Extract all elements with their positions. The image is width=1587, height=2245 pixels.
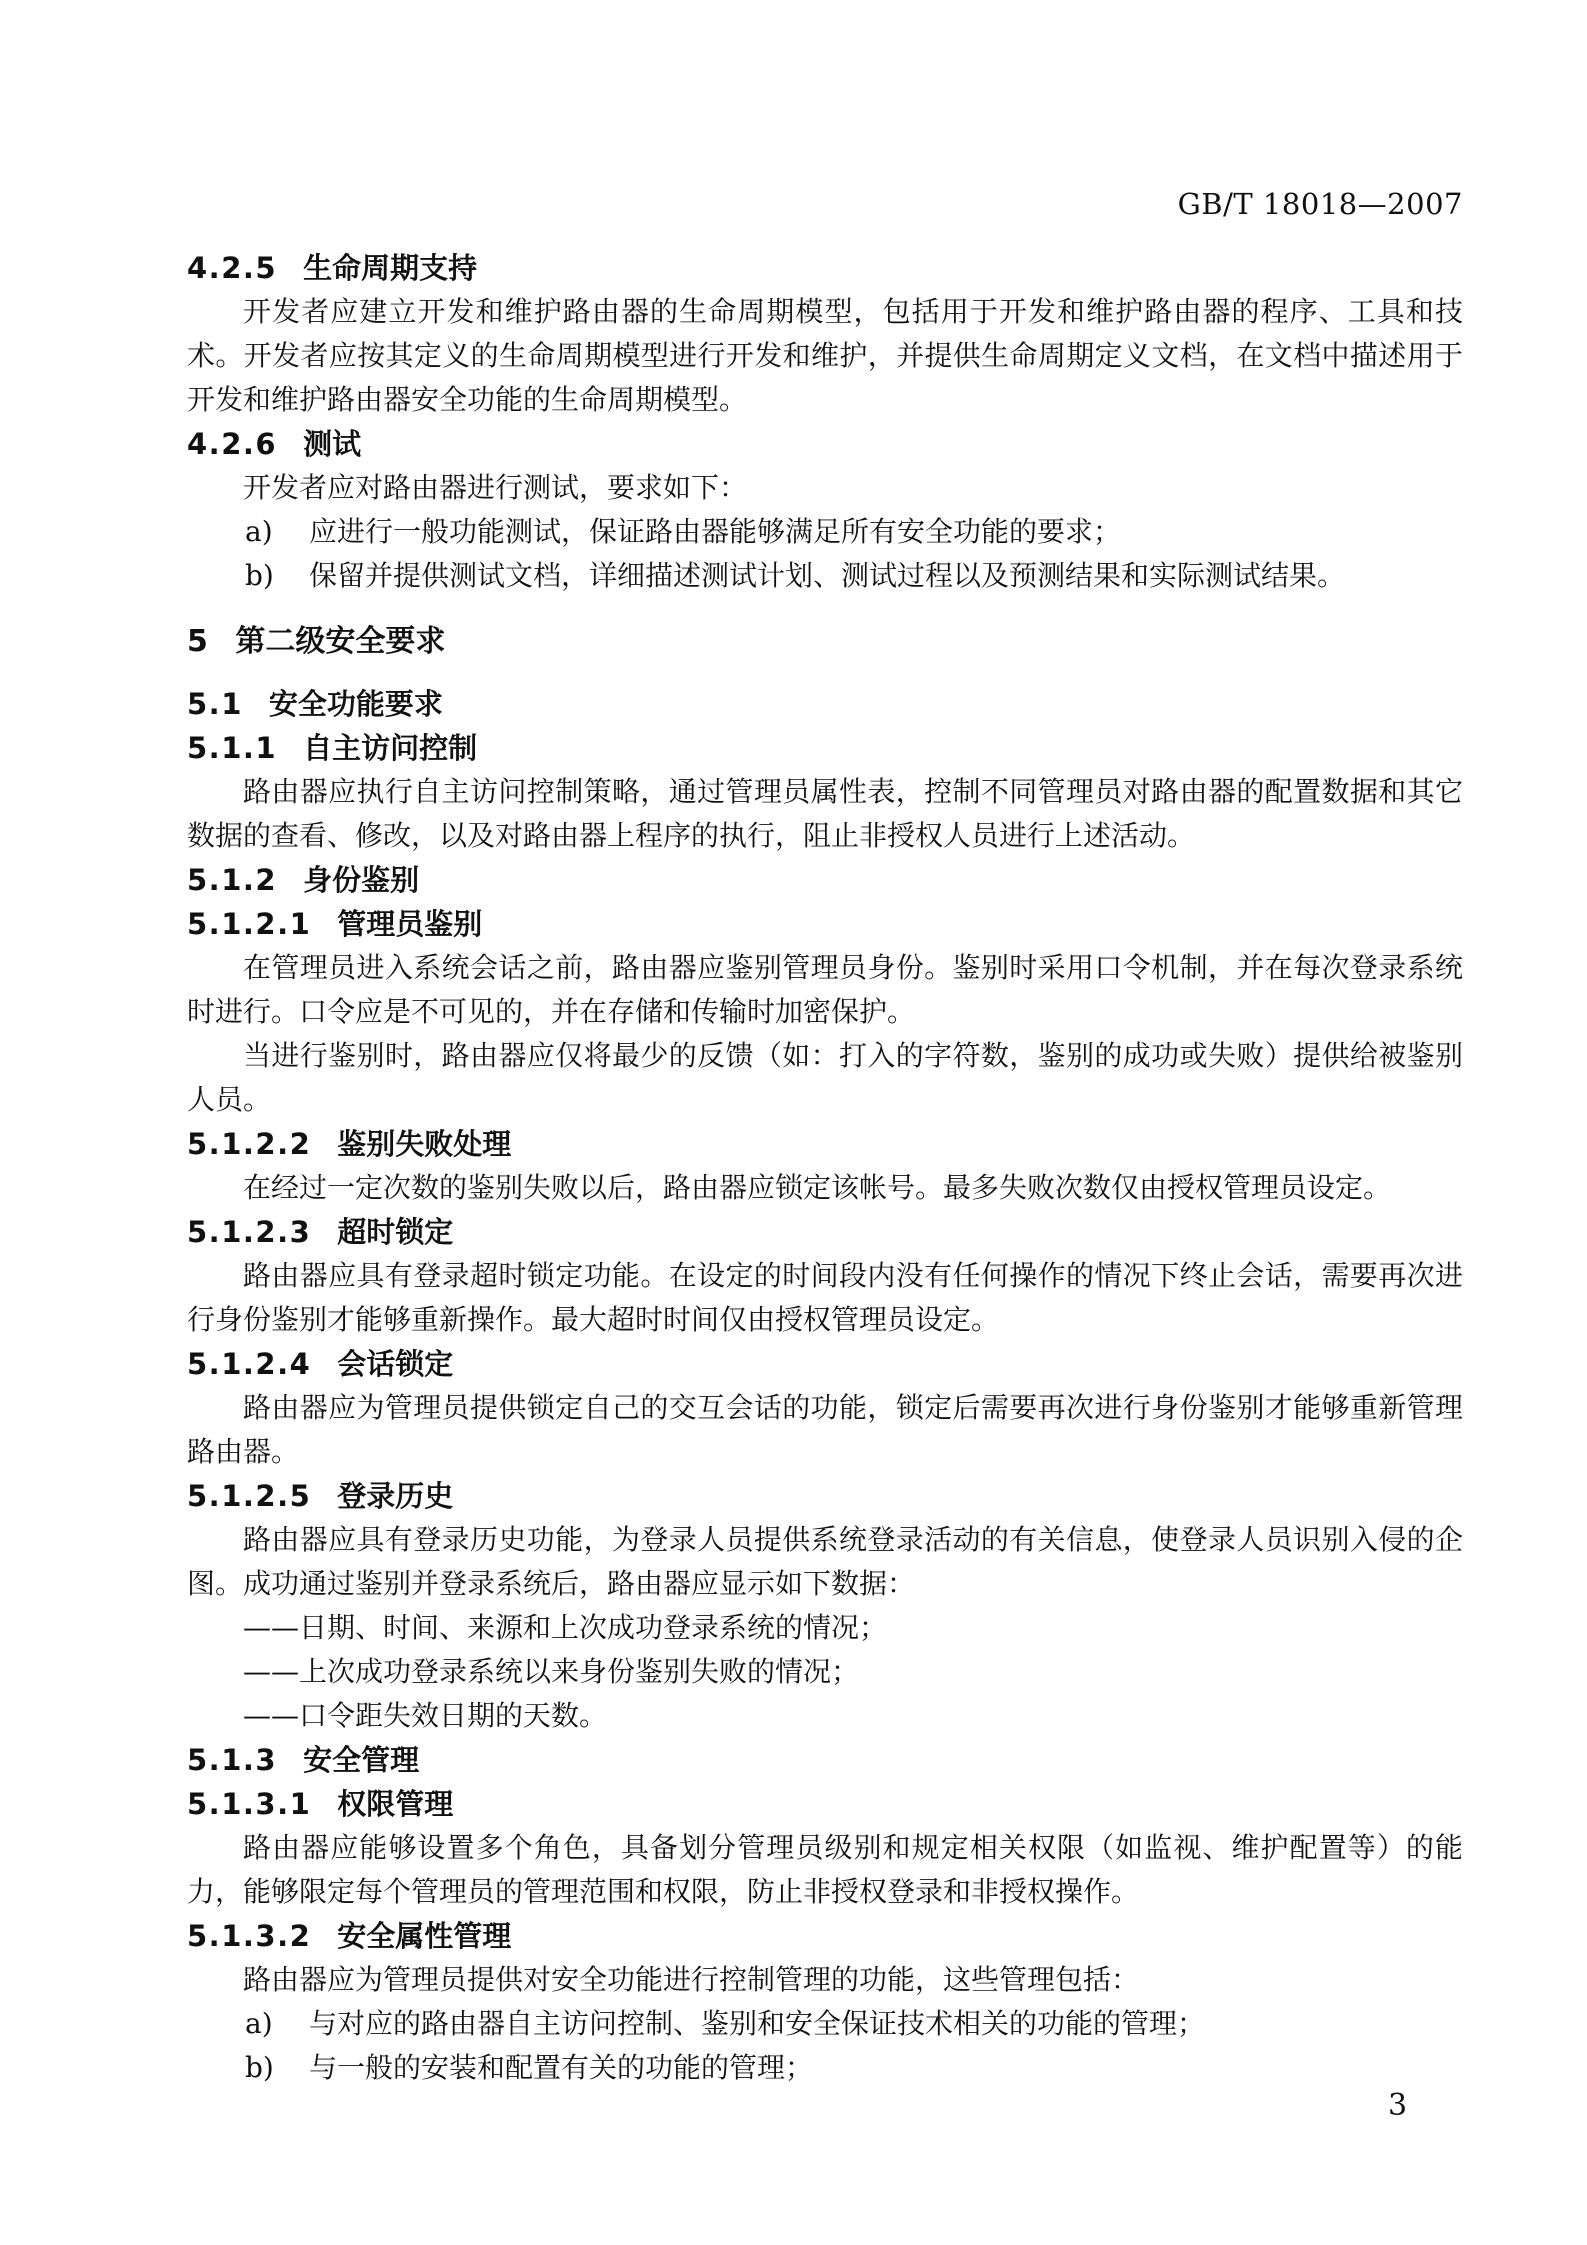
- clause-heading: 4.2.5生命周期支持: [187, 246, 1463, 290]
- clause-number: 5.1.2.4: [187, 1342, 311, 1386]
- clause-heading: 5.1.2.5登录历史: [187, 1474, 1463, 1518]
- clause-title: 自主访问控制: [303, 731, 477, 765]
- paragraph: 开发者应对路由器进行测试，要求如下：: [187, 466, 1463, 510]
- clause-number: 5.1.3: [187, 1738, 277, 1782]
- paragraph: 当进行鉴别时，路由器应仅将最少的反馈（如：打入的字符数，鉴别的成功或失败）提供给…: [187, 1034, 1463, 1122]
- clause-title: 登录历史: [337, 1479, 453, 1513]
- clause-number: 5: [187, 620, 209, 664]
- paragraph: 路由器应为管理员提供锁定自己的交互会话的功能，锁定后需要再次进行身份鉴别才能够重…: [187, 1386, 1463, 1474]
- list-item-label: a): [245, 510, 273, 554]
- paragraph: 路由器应为管理员提供对安全功能进行控制管理的功能，这些管理包括：: [187, 1958, 1463, 2002]
- clause-number: 5.1.3.2: [187, 1914, 311, 1958]
- lettered-list-item: a)应进行一般功能测试，保证路由器能够满足所有安全功能的要求；: [187, 510, 1463, 554]
- clause-number: 5.1.3.1: [187, 1782, 311, 1826]
- list-item-text: 与一般的安装和配置有关的功能的管理；: [309, 2051, 813, 2084]
- clause-title: 安全功能要求: [269, 687, 443, 721]
- clause-heading: 5.1.3.1权限管理: [187, 1782, 1463, 1826]
- clause-title: 安全管理: [303, 1743, 419, 1777]
- dash-list-item: ——上次成功登录系统以来身份鉴别失败的情况；: [187, 1650, 1463, 1694]
- list-item-label: b): [245, 2046, 274, 2090]
- standard-number-header: GB/T 18018—2007: [187, 0, 1463, 220]
- dash-list-item: ——日期、时间、来源和上次成功登录系统的情况；: [187, 1606, 1463, 1650]
- clause-title: 会话锁定: [337, 1347, 453, 1381]
- list-item-text: 与对应的路由器自主访问控制、鉴别和安全保证技术相关的功能的管理；: [309, 2007, 1205, 2040]
- clause-heading: 4.2.6测试: [187, 422, 1463, 466]
- lettered-list-item: a)与对应的路由器自主访问控制、鉴别和安全保证技术相关的功能的管理；: [187, 2002, 1463, 2046]
- clause-title: 生命周期支持: [303, 251, 477, 285]
- clause-number: 5.1.1: [187, 726, 277, 770]
- document-content: 4.2.5生命周期支持开发者应建立开发和维护路由器的生命周期模型，包括用于开发和…: [187, 246, 1463, 2090]
- clause-heading: 5.1安全功能要求: [187, 682, 1463, 726]
- clause-title: 测试: [303, 427, 361, 461]
- paragraph: 在管理员进入系统会话之前，路由器应鉴别管理员身份。鉴别时采用口令机制，并在每次登…: [187, 946, 1463, 1034]
- page-number: 3: [1388, 2088, 1407, 2123]
- clause-number: 4.2.5: [187, 246, 277, 290]
- clause-title: 第二级安全要求: [235, 624, 445, 659]
- clause-heading: 5.1.2.1管理员鉴别: [187, 902, 1463, 946]
- list-item-label: b): [245, 554, 274, 598]
- clause-number: 5.1.2.1: [187, 902, 311, 946]
- content-column: GB/T 18018—2007 4.2.5生命周期支持开发者应建立开发和维护路由…: [187, 0, 1463, 2090]
- dash-list-item: ——口令距失效日期的天数。: [187, 1694, 1463, 1738]
- clause-heading: 5.1.2身份鉴别: [187, 858, 1463, 902]
- clause-heading: 5第二级安全要求: [187, 620, 1463, 664]
- clause-title: 管理员鉴别: [337, 907, 482, 941]
- document-page: GB/T 18018—2007 4.2.5生命周期支持开发者应建立开发和维护路由…: [0, 0, 1587, 2245]
- clause-heading: 5.1.2.2鉴别失败处理: [187, 1122, 1463, 1166]
- clause-number: 5.1.2.5: [187, 1474, 311, 1518]
- list-item-text: 保留并提供测试文档，详细描述测试计划、测试过程以及预测结果和实际测试结果。: [309, 559, 1345, 592]
- paragraph: 路由器应具有登录历史功能，为登录人员提供系统登录活动的有关信息，使登录人员识别入…: [187, 1518, 1463, 1606]
- clause-number: 5.1.2.3: [187, 1210, 311, 1254]
- paragraph: 在经过一定次数的鉴别失败以后，路由器应锁定该帐号。最多失败次数仅由授权管理员设定…: [187, 1166, 1463, 1210]
- paragraph: 路由器应能够设置多个角色，具备划分管理员级别和规定相关权限（如监视、维护配置等）…: [187, 1826, 1463, 1914]
- clause-number: 5.1: [187, 682, 243, 726]
- clause-title: 安全属性管理: [337, 1919, 511, 1953]
- lettered-list-item: b)保留并提供测试文档，详细描述测试计划、测试过程以及预测结果和实际测试结果。: [187, 554, 1463, 598]
- clause-title: 权限管理: [337, 1787, 453, 1821]
- paragraph: 开发者应建立开发和维护路由器的生命周期模型，包括用于开发和维护路由器的程序、工具…: [187, 290, 1463, 422]
- paragraph: 路由器应具有登录超时锁定功能。在设定的时间段内没有任何操作的情况下终止会话，需要…: [187, 1254, 1463, 1342]
- clause-number: 5.1.2: [187, 858, 277, 902]
- list-item-label: a): [245, 2002, 273, 2046]
- clause-heading: 5.1.2.3超时锁定: [187, 1210, 1463, 1254]
- clause-heading: 5.1.2.4会话锁定: [187, 1342, 1463, 1386]
- clause-title: 鉴别失败处理: [337, 1127, 511, 1161]
- clause-number: 5.1.2.2: [187, 1122, 311, 1166]
- clause-title: 超时锁定: [337, 1215, 453, 1249]
- clause-heading: 5.1.3安全管理: [187, 1738, 1463, 1782]
- clause-heading: 5.1.1自主访问控制: [187, 726, 1463, 770]
- paragraph: 路由器应执行自主访问控制策略，通过管理员属性表，控制不同管理员对路由器的配置数据…: [187, 770, 1463, 858]
- list-item-text: 应进行一般功能测试，保证路由器能够满足所有安全功能的要求；: [309, 515, 1121, 548]
- lettered-list-item: b)与一般的安装和配置有关的功能的管理；: [187, 2046, 1463, 2090]
- clause-heading: 5.1.3.2安全属性管理: [187, 1914, 1463, 1958]
- clause-number: 4.2.6: [187, 422, 277, 466]
- clause-title: 身份鉴别: [303, 863, 419, 897]
